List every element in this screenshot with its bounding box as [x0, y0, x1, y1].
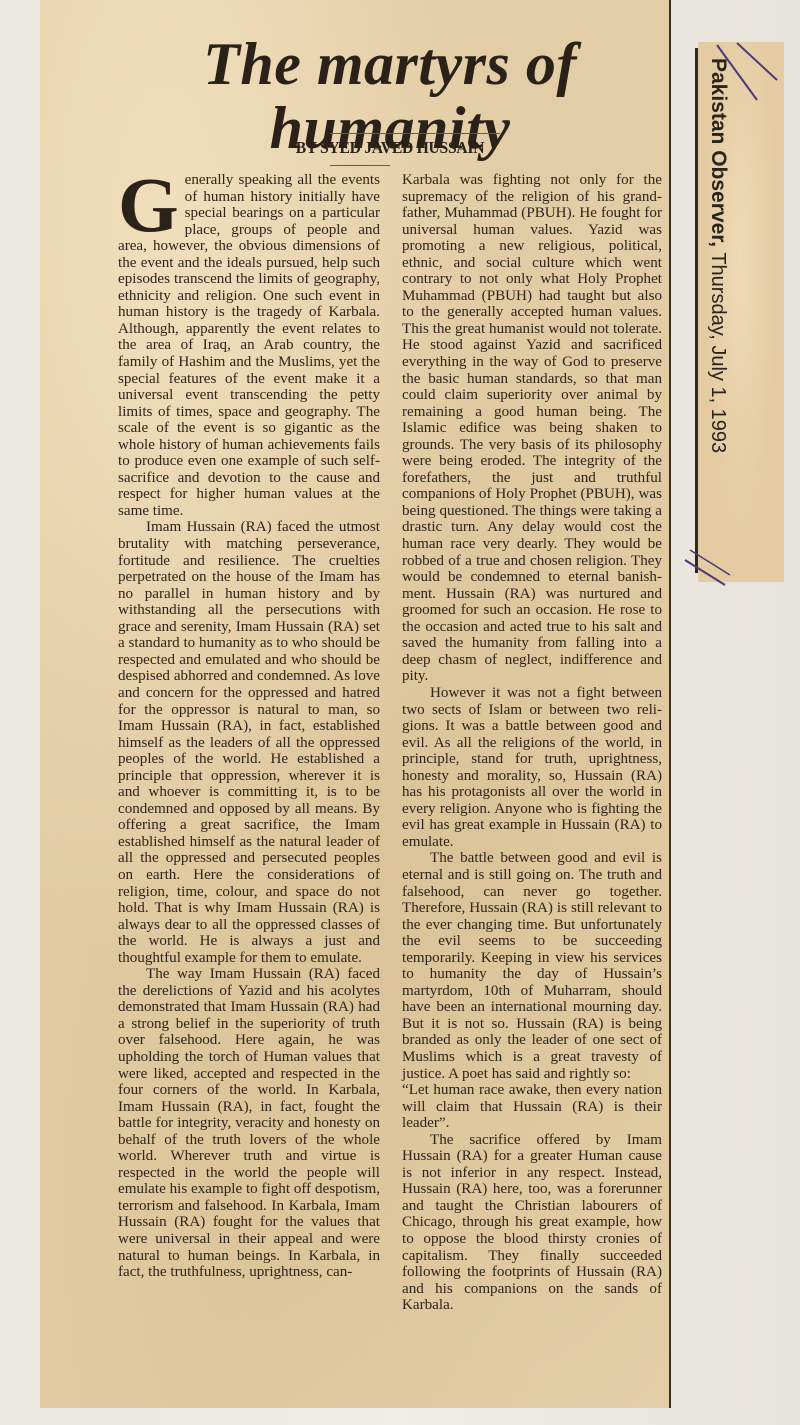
pen-slash-marks-bottom-icon: [680, 520, 750, 590]
publication-date: Thursday, July 1, 1993: [707, 247, 729, 453]
article-column-right: Karbala was fighting not only for the su…: [402, 172, 662, 1314]
paragraph: Karbala was fighting not only for the su…: [402, 172, 662, 685]
pen-slash-marks-top-icon: [712, 40, 782, 110]
paragraph: The sacrifice offered by Imam Hussain (R…: [402, 1132, 662, 1314]
paragraph: Generally speaking all the events of hum…: [118, 172, 380, 519]
byline-divider: [330, 165, 390, 166]
paragraph: The battle between good and evil is eter…: [402, 850, 662, 1082]
paragraph: Imam Hussain (RA) faced the ut­most brut…: [118, 519, 380, 966]
source-label-rule: [695, 48, 698, 573]
headline-line-1: The martyrs of: [110, 32, 670, 96]
article-column-left: Generally speaking all the events of hum…: [118, 172, 380, 1281]
paragraph: However it was not a fight between two s…: [402, 685, 662, 850]
poet-quote: “Let human race awake, then every na­tio…: [402, 1082, 662, 1132]
headline-divider: [330, 133, 500, 134]
paragraph: The way Imam Hussain (RA) faced the dere…: [118, 966, 380, 1280]
source-label: Pakistan Observer, Thursday, July 1, 199…: [706, 58, 730, 578]
column-border-rule: [669, 0, 671, 1408]
article-byline: BY SYED JAVED HUSSAIN: [132, 138, 647, 158]
drop-cap: G: [118, 174, 179, 236]
